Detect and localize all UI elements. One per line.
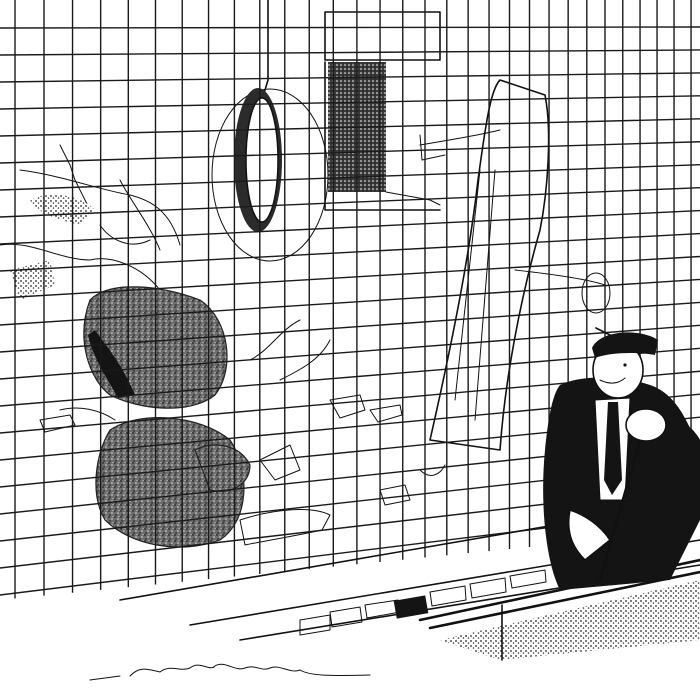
- cage-window: [325, 12, 440, 210]
- artist-signature: [90, 664, 370, 680]
- zookeeper: [543, 328, 700, 590]
- climbing-branches: [0, 145, 180, 300]
- cartoon-scene: [0, 0, 700, 691]
- ape-crouching: [40, 287, 227, 432]
